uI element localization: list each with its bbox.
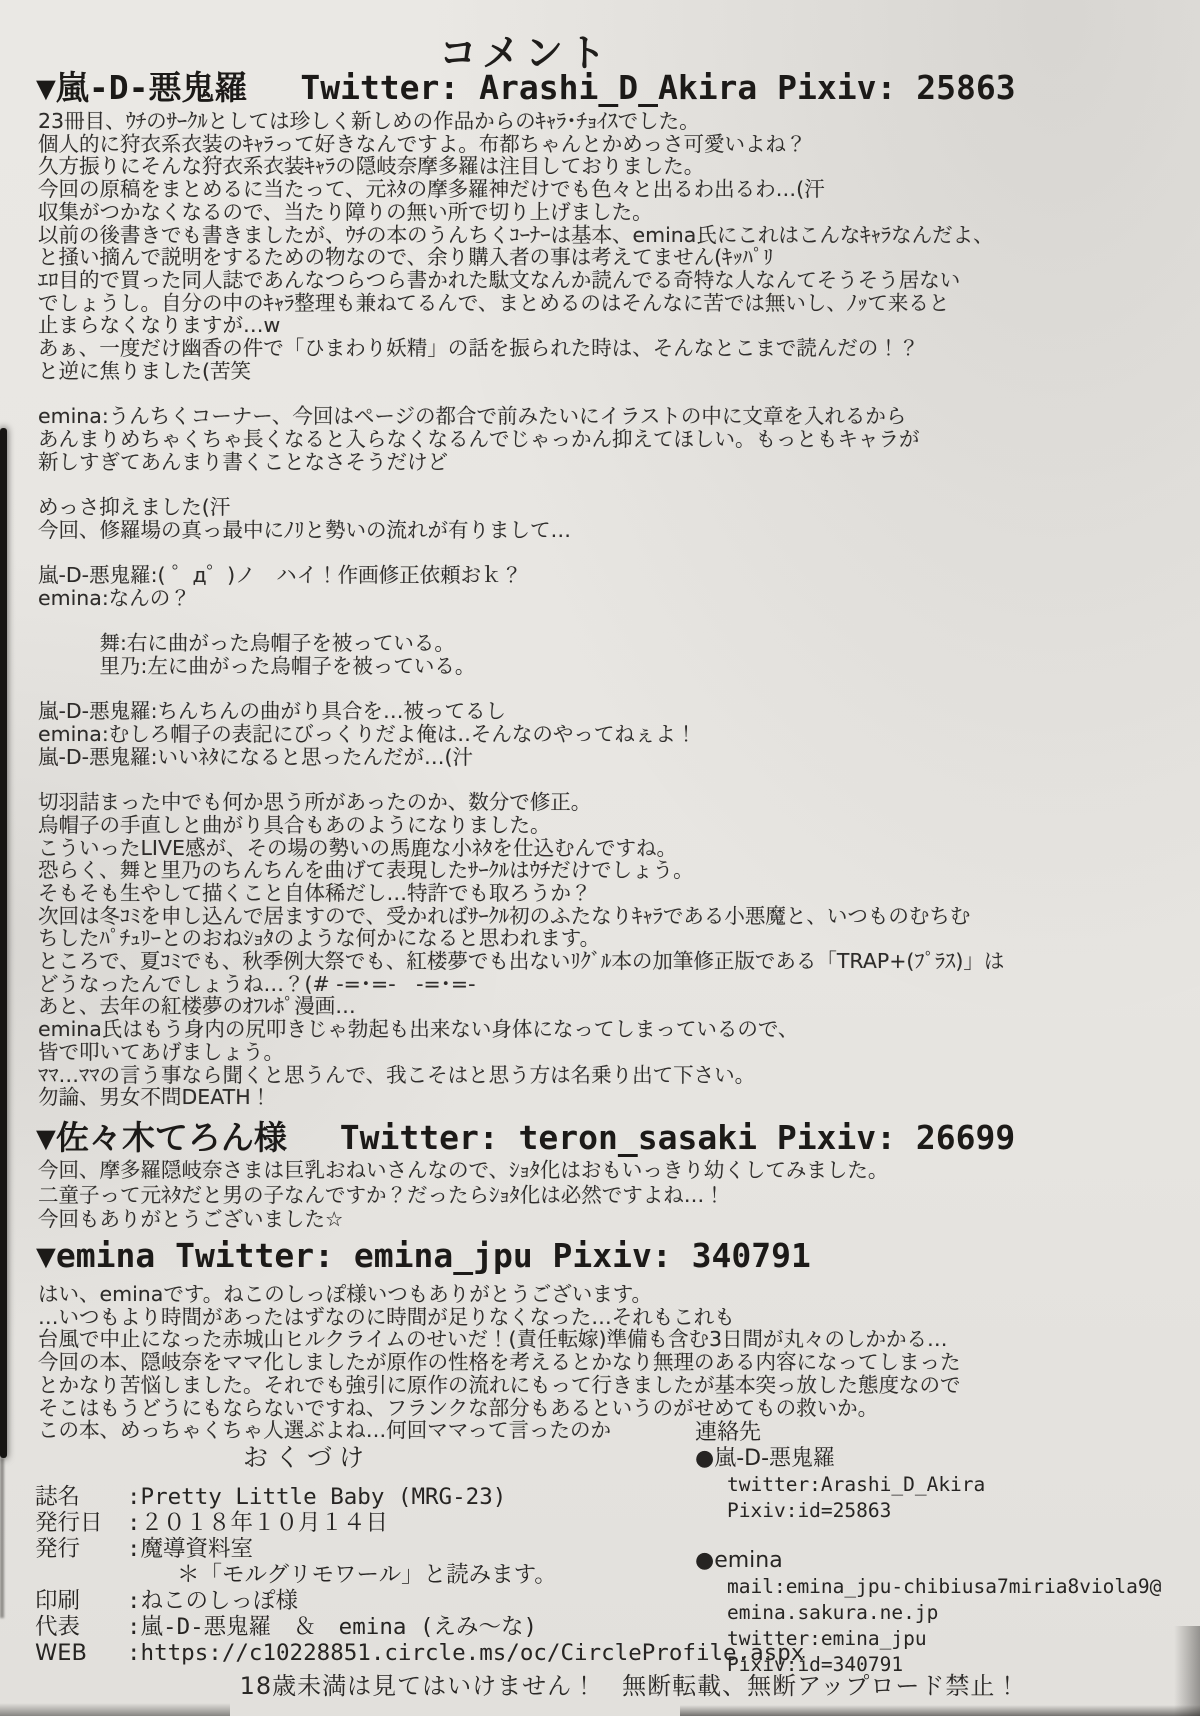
contact-entry-name: ●emina xyxy=(695,1548,1185,1574)
contact-entry-name: ●嵐-D-悪鬼羅 xyxy=(695,1446,1185,1472)
colophon-value: :魔導資料室 xyxy=(127,1536,253,1562)
scan-edge-artifact-bottom-left xyxy=(0,1703,230,1716)
contact-line: Pixiv:id=25863 xyxy=(695,1498,1185,1524)
colophon-value: :嵐-D-悪鬼羅 ＆ emina (えみ～な) xyxy=(127,1614,537,1640)
colophon-label: 誌名 xyxy=(35,1484,127,1510)
colophon-row: 誌名 :Pretty Little Baby (MRG-23) xyxy=(35,1484,655,1510)
scan-edge-artifact-corner-right xyxy=(1174,1626,1200,1716)
colophon-value: :２０１８年１０月１４日 xyxy=(127,1510,388,1536)
section-header-arashi: ▼嵐-D-悪鬼羅 Twitter: Arashi_D_Akira Pixiv: … xyxy=(36,62,1180,109)
contact-line: emina.sakura.ne.jp xyxy=(695,1600,1185,1626)
colophon-row: 代表 :嵐-D-悪鬼羅 ＆ emina (えみ～な) xyxy=(35,1614,655,1640)
colophon-row: 発行 :魔導資料室 xyxy=(35,1536,655,1562)
colophon-label: 印刷 xyxy=(35,1588,127,1614)
colophon-row-note: ＊「モルグリモワール」と読みます。 xyxy=(35,1562,655,1588)
contact-entry-emina: ●emina mail:emina_jpu-chibiusa7miria8vio… xyxy=(695,1548,1185,1678)
section-body-arashi: 23冊目、ｳﾁのｻｰｸﾙとしては珍しく新しめの作品からのｷｬﾗ･ﾁｮｲｽでした。… xyxy=(38,110,1182,1109)
contact-line: mail:emina_jpu-chibiusa7miria8viola9@ xyxy=(695,1574,1185,1600)
contact-line: twitter:Arashi_D_Akira xyxy=(695,1472,1185,1498)
section-header-teron: ▼佐々木てろん様 Twitter: teron_sasaki Pixiv: 26… xyxy=(36,1112,1180,1159)
colophon-value: ＊「モルグリモワール」と読みます。 xyxy=(127,1562,557,1588)
colophon-label xyxy=(35,1562,127,1588)
section-body-emina: はい、eminaです。ねこのしっぽ様いつもありがとうございます。 …いつもより時… xyxy=(38,1283,1182,1442)
colophon-row: 印刷 :ねこのしっぽ様 xyxy=(35,1588,655,1614)
scanned-afterword-page: コメント ▼嵐-D-悪鬼羅 Twitter: Arashi_D_Akira Pi… xyxy=(0,0,1200,1716)
scan-edge-artifact-left xyxy=(0,428,7,1458)
colophon-label: 発行日 xyxy=(35,1510,127,1536)
scan-edge-artifact-left-faint xyxy=(0,1458,4,1618)
contact-line: twitter:emina_jpu xyxy=(695,1626,1185,1652)
contact-heading: 連絡先 xyxy=(695,1420,1185,1446)
contact-block: 連絡先 ●嵐-D-悪鬼羅 twitter:Arashi_D_Akira Pixi… xyxy=(695,1420,1185,1678)
scan-edge-artifact-bottom-right xyxy=(680,1705,1200,1716)
section-header-emina: ▼emina Twitter: emina_jpu Pixiv: 340791 xyxy=(36,1236,1180,1275)
colophon-value: :ねこのしっぽ様 xyxy=(127,1588,298,1614)
contact-entry-arashi: ●嵐-D-悪鬼羅 twitter:Arashi_D_Akira Pixiv:id… xyxy=(695,1446,1185,1524)
colophon: 誌名 :Pretty Little Baby (MRG-23) 発行日 :２０１… xyxy=(35,1484,655,1666)
age-warning: 18歳未満は見てはいけません！ 無断転載、無断アップロード禁止！ xyxy=(60,1666,1200,1701)
colophon-label: 代表 xyxy=(35,1614,127,1640)
colophon-label: WEB xyxy=(35,1640,127,1666)
colophon-heading: おくづけ xyxy=(243,1438,371,1474)
section-body-teron: 今回、摩多羅隠岐奈さまは巨乳おねいさんなので、ｼｮﾀ化はおもいっきり幼くしてみま… xyxy=(38,1158,1182,1232)
colophon-value: :Pretty Little Baby (MRG-23) xyxy=(127,1484,506,1510)
colophon-row: WEB :https://c10228851.circle.ms/oc/Circ… xyxy=(35,1640,655,1666)
colophon-row: 発行日 :２０１８年１０月１４日 xyxy=(35,1510,655,1536)
colophon-label: 発行 xyxy=(35,1536,127,1562)
